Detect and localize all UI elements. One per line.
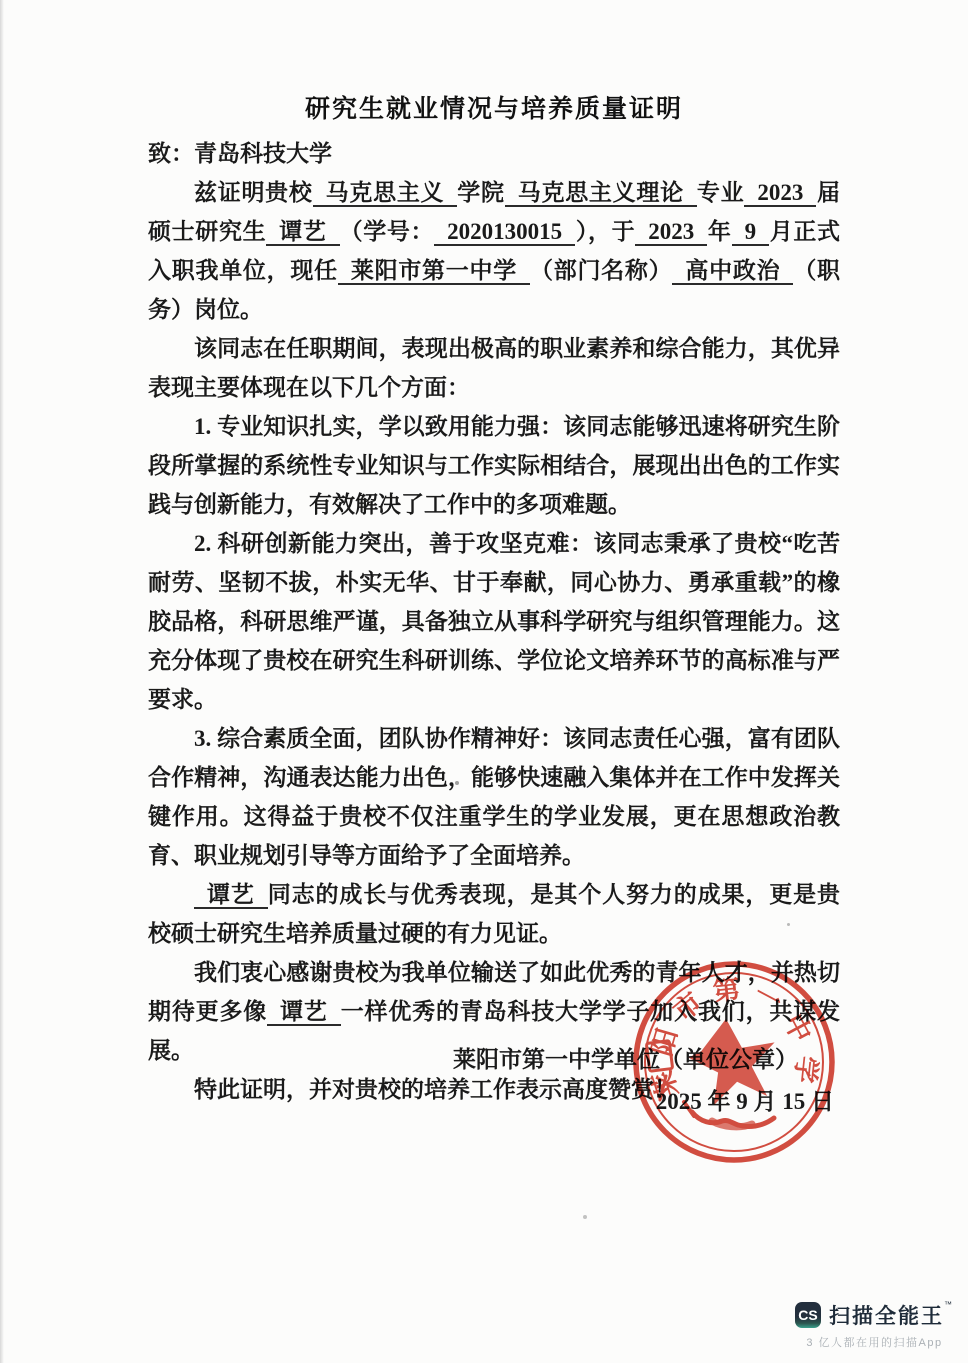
watermark-brand-text: 扫描全能王™ xyxy=(829,1300,954,1330)
document-content: 研究生就业情况与培养质量证明 致：青岛科技大学 兹证明贵校马克思主义学院马克思主… xyxy=(148,88,840,1109)
signature-block: 莱阳市第一中学单位（单位公章） 2025 年 9 月 15 日 xyxy=(148,1040,840,1124)
text-segment: ），于 xyxy=(575,219,635,244)
scanned-document-page: 研究生就业情况与培养质量证明 致：青岛科技大学 兹证明贵校马克思主义学院马克思主… xyxy=(0,0,968,1363)
text-segment: 年 xyxy=(707,219,731,244)
text-segment: 兹证明贵校 xyxy=(194,180,313,205)
issuing-unit-line: 莱阳市第一中学单位（单位公章） xyxy=(148,1040,840,1080)
text-segment: 专业 xyxy=(697,180,744,205)
body-paragraph: 2. 科研创新能力突出，善于攻坚克难：该同志秉承了贵校“吃苦耐劳、坚韧不拔，朴实… xyxy=(148,524,840,719)
watermark-row: CS 扫描全能王™ xyxy=(795,1300,954,1330)
body-paragraph: 3. 综合素质全面，团队协作精神好：该同志责任心强，富有团队合作精神，沟通表达能… xyxy=(148,719,840,875)
trademark-symbol: ™ xyxy=(944,1300,954,1309)
text-segment: 3. 综合素质全面，团队协作精神好：该同志责任心强，富有团队合作精神，沟通表达能… xyxy=(148,726,840,868)
issue-date-line: 2025 年 9 月 15 日 xyxy=(148,1080,840,1124)
scan-speck xyxy=(787,923,790,926)
fill-in-underlined: 马克思主义理论 xyxy=(505,180,697,207)
fill-in-underlined: 高中政治 xyxy=(672,258,793,285)
text-segment: 该同志在任职期间，表现出极高的职业素养和综合能力，其优异表现主要体现在以下几个方… xyxy=(148,336,840,400)
text-segment: （学号： xyxy=(340,219,435,244)
text-segment: 2. 科研创新能力突出，善于攻坚克难：该同志秉承了贵校“吃苦耐劳、坚韧不拔，朴实… xyxy=(148,531,840,712)
recipient-line: 致：青岛科技大学 xyxy=(148,134,840,173)
scan-speck xyxy=(583,1215,587,1219)
fill-in-underlined: 马克思主义 xyxy=(313,180,458,207)
fill-in-underlined: 谭艺 xyxy=(266,219,339,246)
text-segment: （部门名称） xyxy=(530,258,672,283)
fill-in-underlined: 2020130015 xyxy=(434,219,575,246)
text-segment: 1. 专业知识扎实，学以致用能力强：该同志能够迅速将研究生阶段所掌握的系统性专业… xyxy=(148,414,840,517)
document-body: 兹证明贵校马克思主义学院马克思主义理论专业2023届硕士研究生谭艺（学号：202… xyxy=(148,173,840,1109)
body-paragraph: 谭艺同志的成长与优秀表现，是其个人努力的成果，更是贵校硕士研究生培养质量过硬的有… xyxy=(148,875,840,953)
body-paragraph: 兹证明贵校马克思主义学院马克思主义理论专业2023届硕士研究生谭艺（学号：202… xyxy=(148,173,840,329)
scan-edge-shadow xyxy=(0,0,4,1363)
fill-in-underlined: 莱阳市第一中学 xyxy=(338,258,530,285)
fill-in-underlined: 2023 xyxy=(635,219,707,246)
body-paragraph: 该同志在任职期间，表现出极高的职业素养和综合能力，其优异表现主要体现在以下几个方… xyxy=(148,329,840,407)
scan-speck xyxy=(455,781,459,785)
brand-name: 扫描全能王 xyxy=(829,1305,944,1328)
camscanner-app-icon: CS xyxy=(795,1302,821,1328)
text-segment: 学院 xyxy=(457,180,504,205)
watermark-tagline: 3 亿人都在用的扫描App xyxy=(806,1334,942,1350)
fill-in-underlined: 2023 xyxy=(744,180,816,207)
scanner-app-watermark: CS 扫描全能王™ 3 亿人都在用的扫描App xyxy=(795,1300,954,1350)
fill-in-underlined: 9 xyxy=(732,219,770,246)
fill-in-underlined: 谭艺 xyxy=(267,999,341,1026)
fill-in-underlined: 谭艺 xyxy=(194,882,268,909)
document-title: 研究生就业情况与培养质量证明 xyxy=(148,88,840,132)
body-paragraph: 1. 专业知识扎实，学以致用能力强：该同志能够迅速将研究生阶段所掌握的系统性专业… xyxy=(148,407,840,524)
